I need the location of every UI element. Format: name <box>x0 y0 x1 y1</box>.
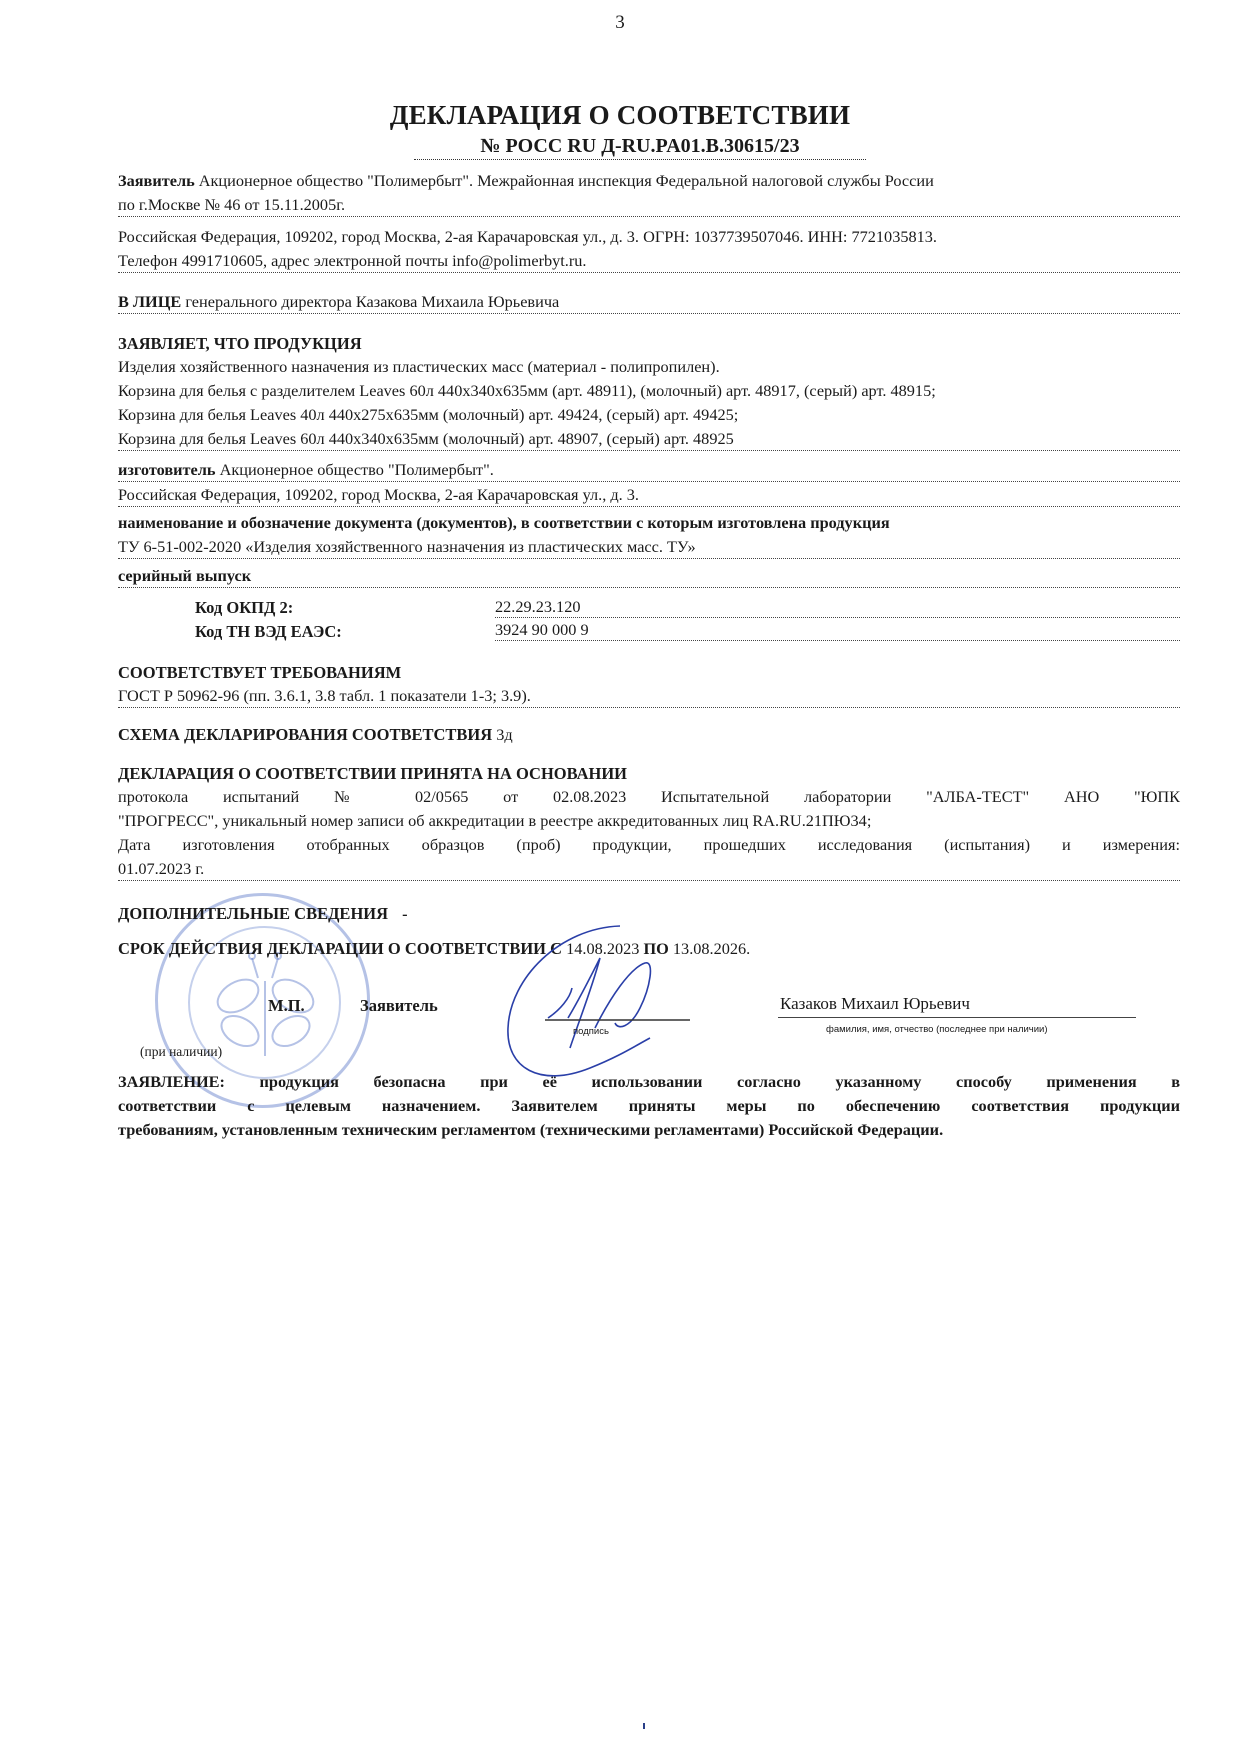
applicant-line-3: Российская Федерация, 109202, город Моск… <box>118 226 1180 248</box>
release-type: серийный выпуск <box>118 565 1180 588</box>
document-title: ДЕКЛАРАЦИЯ О СООТВЕТСТВИИ <box>0 100 1240 131</box>
statement-line-1: ЗАЯВЛЕНИЕ: продукция безопасна при её ис… <box>118 1071 1180 1093</box>
manufacturer-address: Российская Федерация, 109202, город Моск… <box>118 484 1180 507</box>
additional-value: - <box>402 904 407 923</box>
scheme-heading: СХЕМА ДЕКЛАРИРОВАНИЯ СООТВЕТСТВИЯ <box>118 725 492 744</box>
document-label: наименование и обозначение документа (до… <box>118 512 1180 534</box>
signer-name: Казаков Михаил Юрьевич <box>780 994 970 1014</box>
statement-line-2: соответствии с целевым назначением. Заяв… <box>118 1095 1180 1117</box>
statement-line-3: требованиям, установленным техническим р… <box>118 1119 1180 1141</box>
applicant-line-4: Телефон 4991710605, адрес электронной по… <box>118 250 1180 273</box>
scan-speck <box>643 1723 645 1729</box>
represented-by: В ЛИЦЕ генерального директора Казакова М… <box>118 291 1180 314</box>
manufacturer-name: Акционерное общество "Полимербыт". <box>220 460 494 479</box>
product-line: Корзина для белья Leaves 60л 440x340x635… <box>118 428 1180 451</box>
scheme: СХЕМА ДЕКЛАРИРОВАНИЯ СООТВЕТСТВИЯ 3д <box>118 724 1180 746</box>
basis-line-2: "ПРОГРЕСС", уникальный номер записи об а… <box>118 810 1180 832</box>
mp-note: (при наличии) <box>140 1044 222 1060</box>
code-okpd-label: Код ОКПД 2: <box>195 598 293 618</box>
signature-icon <box>500 918 720 1088</box>
basis-line-1: протокола испытаний № 02/0565 от 02.08.2… <box>118 786 1180 808</box>
product-line: Корзина для белья Leaves 40л 440x275x635… <box>118 404 1180 426</box>
scheme-value: 3д <box>496 725 512 744</box>
page-number: 3 <box>0 12 1240 34</box>
validity-heading: СРОК ДЕЙСТВИЯ ДЕКЛАРАЦИИ О СООТВЕТСТВИИ … <box>118 939 562 958</box>
product-heading: ЗАЯВЛЯЕТ, ЧТО ПРОДУКЦИЯ <box>118 333 1180 355</box>
applicant-line-1: Заявитель Акционерное общество "Полимерб… <box>118 170 1180 192</box>
basis-heading: ДЕКЛАРАЦИЯ О СООТВЕТСТВИИ ПРИНЯТА НА ОСН… <box>118 763 1180 785</box>
applicant-line-2: по г.Москве № 46 от 15.11.2005г. <box>118 194 1180 217</box>
product-line: Корзина для белья с разделителем Leaves … <box>118 380 1180 402</box>
code-tnved-label: Код ТН ВЭД ЕАЭС: <box>195 622 342 642</box>
basis-line-4: 01.07.2023 г. <box>118 858 1180 881</box>
manufacturer-label: изготовитель <box>118 460 216 479</box>
manufacturer: изготовитель Акционерное общество "Полим… <box>118 459 1180 482</box>
statement-label: ЗАЯВЛЕНИЕ: <box>118 1072 225 1091</box>
represented-by-text: генерального директора Казакова Михаила … <box>185 292 559 311</box>
statement-text-1: продукция безопасна при её использовании… <box>260 1072 1180 1091</box>
requirements-heading: СООТВЕТСТВУЕТ ТРЕБОВАНИЯМ <box>118 662 1180 684</box>
document-value: ТУ 6-51-002-2020 «Изделия хозяйственного… <box>118 536 1180 559</box>
applicant-sign-label: Заявитель <box>360 996 438 1016</box>
code-tnved-value: 3924 90 000 9 <box>495 620 1180 641</box>
requirements-value: ГОСТ Р 50962-96 (пп. 3.6.1, 3.8 табл. 1 … <box>118 685 1180 708</box>
signer-caption: фамилия, имя, отчество (последнее при на… <box>826 1024 1048 1035</box>
code-okpd-value: 22.29.23.120 <box>495 597 1180 618</box>
mp-label: М.П. <box>268 996 305 1016</box>
additional-heading: ДОПОЛНИТЕЛЬНЫЕ СВЕДЕНИЯ <box>118 904 388 923</box>
signer-name-underline <box>778 1017 1136 1018</box>
applicant-label: Заявитель <box>118 171 195 190</box>
represented-by-label: В ЛИЦЕ <box>118 292 181 311</box>
registration-number: № РОСС RU Д-RU.PA01.B.30615/23 <box>414 135 866 160</box>
product-line: Изделия хозяйственного назначения из пла… <box>118 356 1180 378</box>
basis-line-3: Дата изготовления отобранных образцов (п… <box>118 834 1180 856</box>
signature-caption: подпись <box>573 1026 609 1037</box>
applicant-text-1: Акционерное общество "Полимербыт". Межра… <box>199 171 934 190</box>
